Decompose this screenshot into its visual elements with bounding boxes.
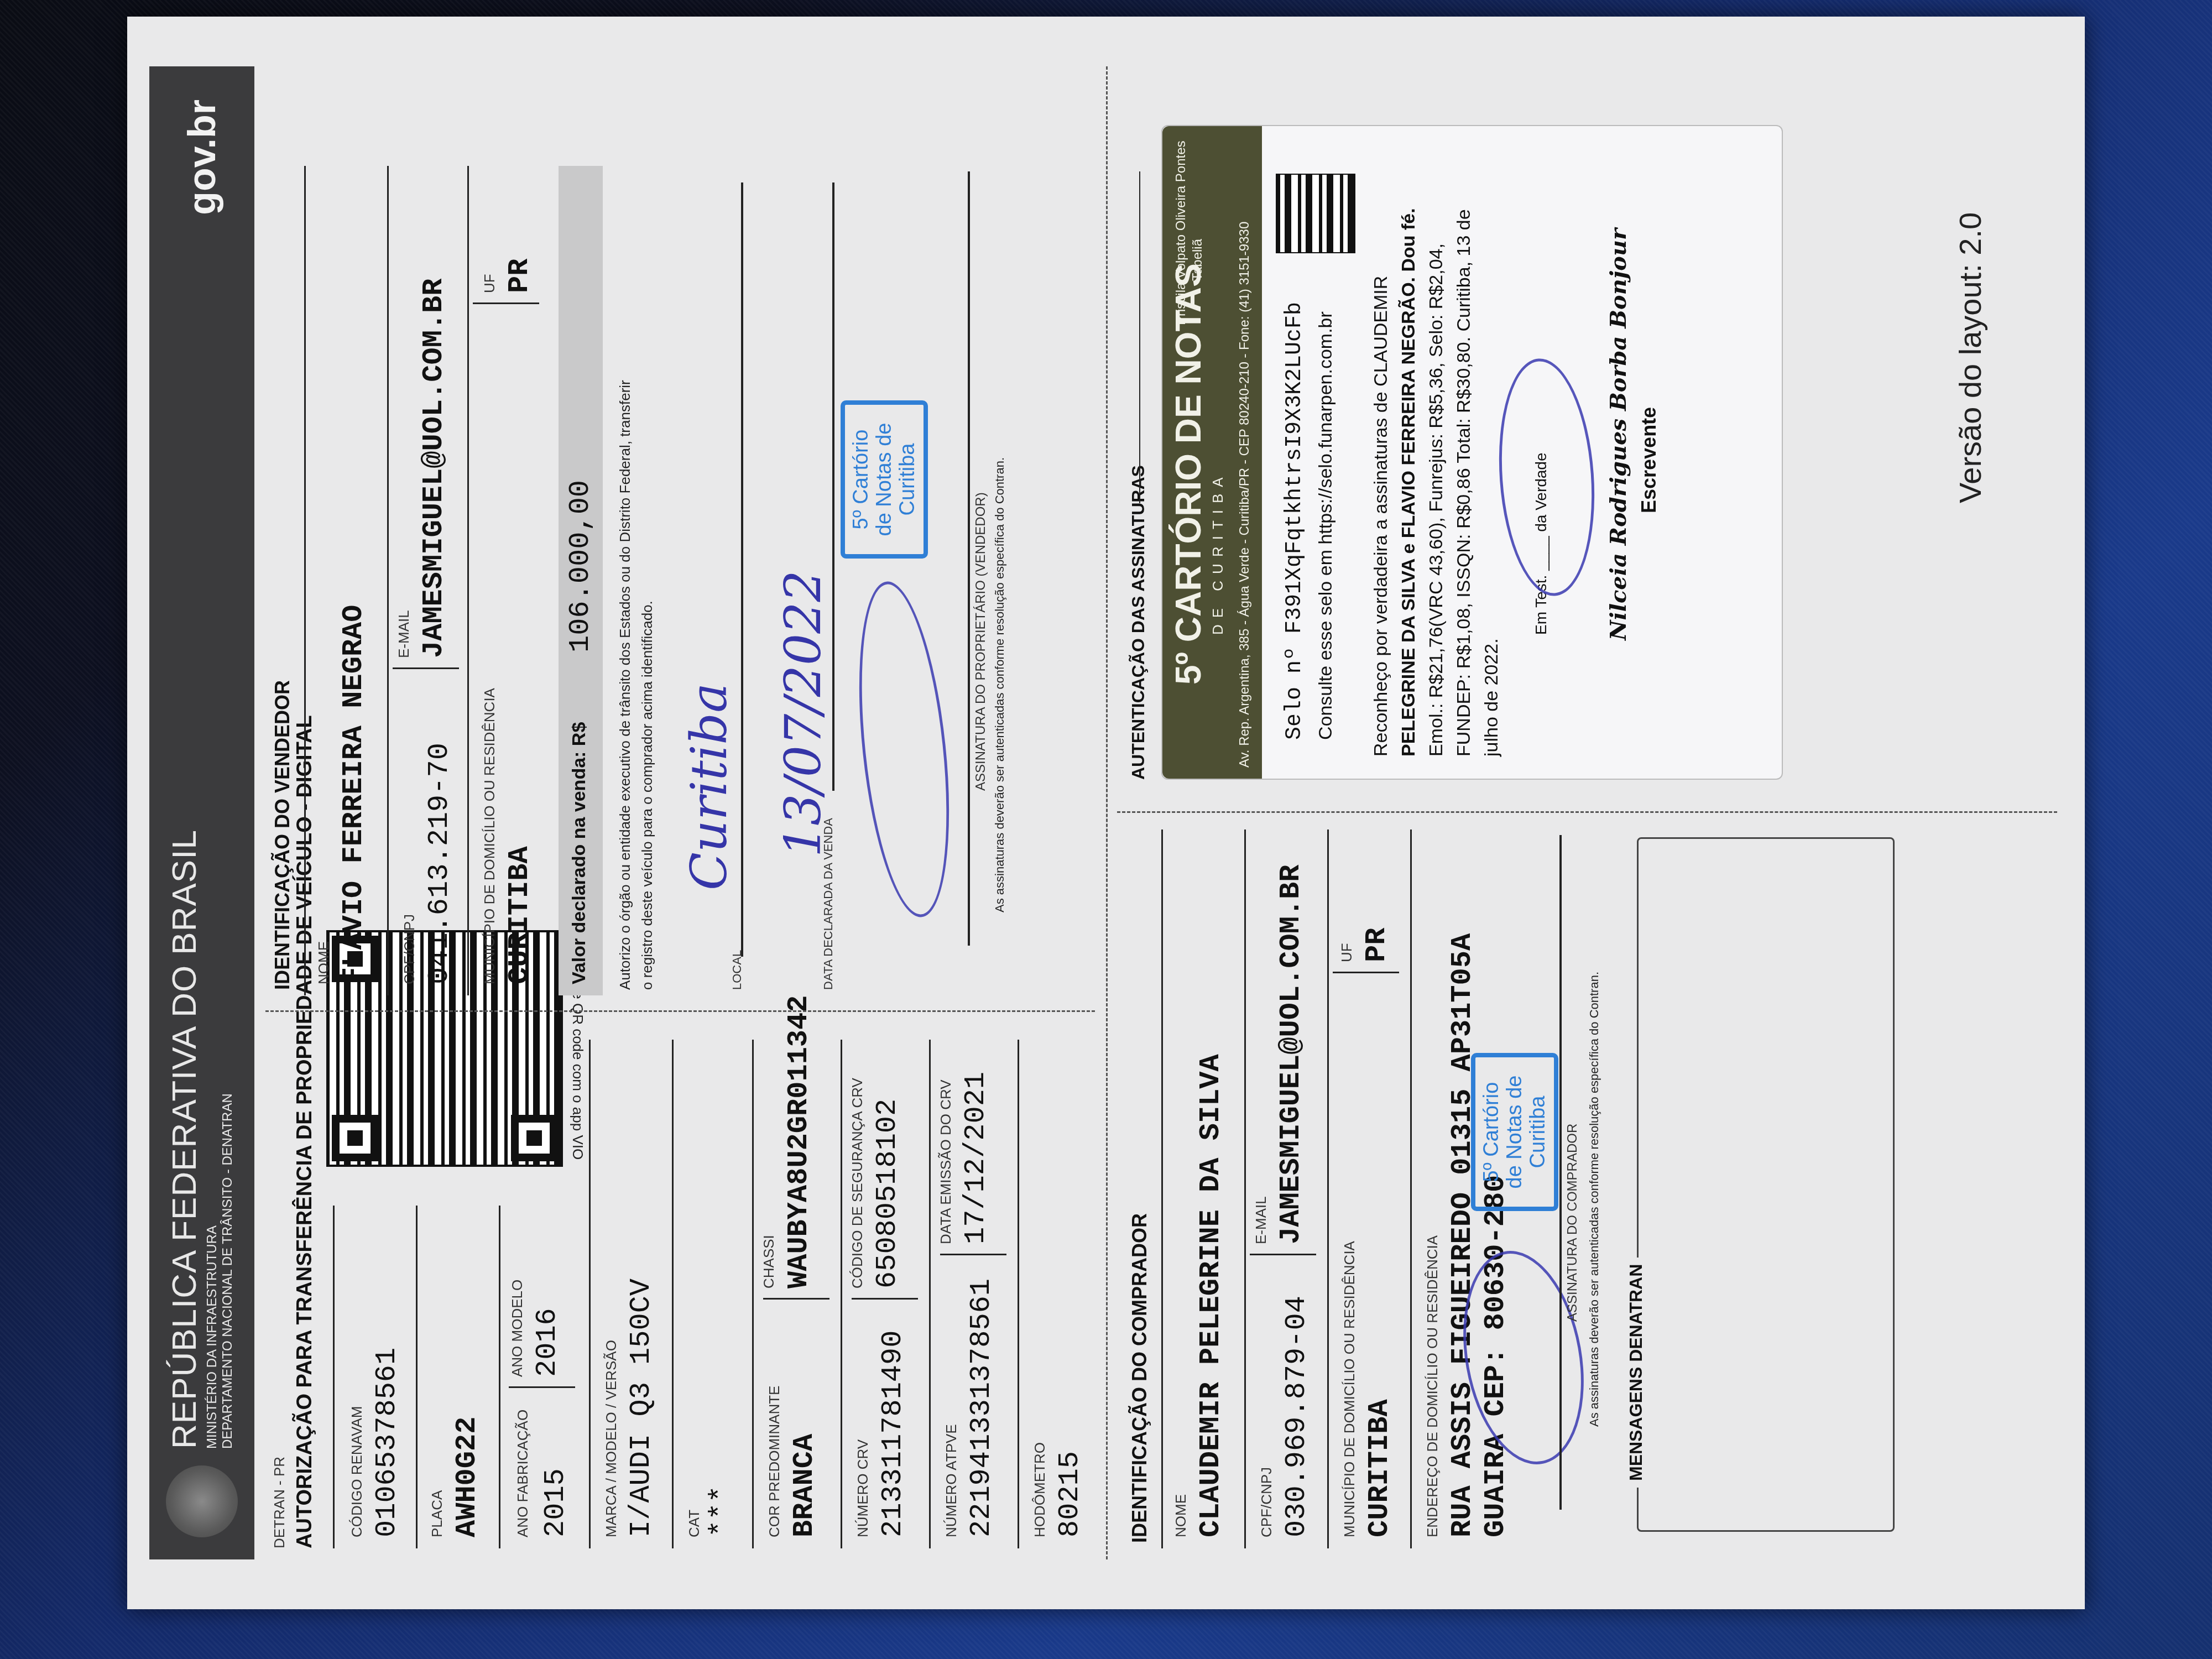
chassi-label: CHASSI — [760, 1235, 778, 1288]
buyer-email-value: JAMESMIGUEL@UOL.COM.BR — [1275, 864, 1307, 1244]
cat-value: *** — [705, 1485, 738, 1537]
tabeliao-name: Priscila Volpato Oliveira Pontes — [1173, 141, 1189, 326]
ano-modelo-value: 2016 — [531, 1308, 564, 1377]
tabeliao-role: Tabeliã — [1190, 239, 1206, 281]
marca-modelo-label: MARCA / MODELO / VERSÃO — [603, 1340, 620, 1537]
seller-nome-label: NOME — [315, 941, 332, 984]
govbr-logo: gov.br — [180, 100, 224, 215]
buyer-nome-label: NOME — [1172, 1494, 1190, 1537]
hodometro-label: HODÔMETRO — [1031, 1442, 1048, 1537]
ministry-name: MINISTÉRIO DA INFRAESTRUTURA — [205, 1225, 220, 1449]
codigo-seguranca-label: CÓDIGO DE SEGURANÇA CRV — [849, 1078, 866, 1288]
numero-atpve-label: NÚMERO ATPVe — [943, 1424, 960, 1537]
cor-value: BRANCA — [788, 1434, 821, 1537]
cartorio-city: DE CURITIBA — [1209, 471, 1227, 635]
buyer-uf-value: PR — [1360, 928, 1393, 962]
cartorio-name: 5º CARTÓRIO DE NOTAS — [1168, 263, 1209, 685]
cor-label: COR PREDOMINANTE — [766, 1386, 783, 1537]
cartorio-stamp-buyer: 5º Cartório de Notas de Curitiba — [1471, 1053, 1558, 1211]
renavam-label: CÓDIGO RENAVAM — [348, 1406, 366, 1537]
clerk-role: Escrevente — [1635, 407, 1663, 513]
seller-email-value: JAMESMIGUEL@UOL.COM.BR — [418, 278, 450, 658]
mensagens-heading: MENSAGENS DENATRAN — [1626, 1258, 1646, 1488]
buyer-email-label: E-MAIL — [1253, 1196, 1270, 1244]
data-venda-handwritten: 13/07/2022 — [774, 570, 832, 857]
buyer-nome-value: CLAUDEMIR PELEGRINE DA SILVA — [1194, 1054, 1227, 1537]
selo-number: Selo nº F391XqFqtkhtrsI9X3K2LUcFb — [1281, 302, 1309, 740]
auth-text-3: Emol.: R$21,76(VRC 43,60), Funrejus: R$5… — [1422, 243, 1450, 757]
placa-label: PLACA — [429, 1490, 446, 1537]
clerk-name: Nilceia Rodrigues Borba Bonjour — [1605, 228, 1632, 640]
document-page: REPÚBLICA FEDERATIVA DO BRASIL MINISTÉRI… — [127, 17, 2085, 1609]
hodometro-value: 80215 — [1053, 1451, 1086, 1537]
cartorio-stamp-seller: 5º Cartório de Notas de Curitiba — [841, 400, 928, 559]
cartorio-authentication-label: 5º CARTÓRIO DE NOTAS DE CURITIBA Av. Rep… — [1161, 125, 1783, 780]
seller-email-label: E-MAIL — [395, 610, 413, 658]
authorize-text-2: o registro deste veículo para o comprado… — [639, 601, 656, 990]
buyer-heading: IDENTIFICAÇÃO DO COMPRADOR — [1128, 1213, 1151, 1543]
republic-title: REPÚBLICA FEDERATIVA DO BRASIL — [165, 830, 204, 1449]
numero-atpve-value: 221941331378561 — [965, 1279, 998, 1537]
buyer-municipio-value: CURITIBA — [1363, 1399, 1396, 1537]
ano-fabricacao-label: ANO FABRICAÇÃO — [514, 1410, 531, 1537]
ano-modelo-label: ANO MODELO — [509, 1280, 526, 1377]
renavam-value: 01065378561 — [371, 1348, 403, 1537]
ano-fabricacao-value: 2015 — [539, 1468, 572, 1537]
selo-consulte: Consulte esse selo em https://selo.funar… — [1312, 311, 1339, 740]
mensagens-box — [1637, 837, 1895, 1532]
seller-heading: IDENTIFICAÇÃO DO VENDEDOR — [271, 680, 294, 990]
codigo-seguranca-value: 65080518102 — [871, 1099, 904, 1288]
selo-qr-code[interactable] — [1276, 174, 1355, 253]
cat-label: CAT — [686, 1510, 703, 1537]
authentication-heading: AUTENTICAÇÃO DAS ASSINATURAS — [1128, 465, 1149, 780]
buyer-signature-note: As assinaturas deverão ser autenticadas … — [1587, 972, 1601, 1427]
detran-label: DETRAN - PR — [271, 1457, 288, 1548]
valor-box: Valor declarado na venda: R$ 106.000,00 — [559, 166, 603, 995]
seller-cpf-value: 041.613.219-70 — [423, 743, 456, 984]
seller-signature-note: As assinaturas deverão ser autenticadas … — [993, 457, 1007, 912]
numero-crv-label: NÚMERO CRV — [854, 1439, 872, 1537]
buyer-endereco-line1: RUA ASSIS FIGUEIREDO 01315 AP31T05A — [1446, 933, 1479, 1537]
buyer-endereco-label: ENDEREÇO DE DOMICÍLIO OU RESIDÊNCIA — [1424, 1235, 1441, 1537]
auth-text-2: PELEGRINE DA SILVA e FLAVIO FERREIRA NEG… — [1395, 208, 1422, 757]
seller-signature — [846, 577, 963, 921]
seller-nome-value: FLAVIO FERREIRA NEGRAO — [337, 604, 370, 984]
clerk-signature — [1491, 356, 1602, 599]
data-emissao-label: DATA EMISSÃO DO CRV — [937, 1079, 954, 1244]
seller-municipio-value: CURITIBA — [503, 846, 536, 984]
buyer-uf-label: UF — [1338, 943, 1355, 962]
cartorio-header: 5º CARTÓRIO DE NOTAS DE CURITIBA Av. Rep… — [1162, 126, 1262, 779]
auth-text-5: julho de 2022. — [1478, 638, 1505, 757]
coat-of-arms-icon — [166, 1465, 238, 1537]
seller-signature-label: ASSINATURA DO PROPRIETÁRIO (VENDEDOR) — [973, 492, 989, 791]
numero-crv-value: 213311781490 — [877, 1331, 909, 1537]
cartorio-address: Av. Rep. Argentina, 385 - Água Verde - C… — [1237, 222, 1253, 768]
local-label: LOCAL — [730, 950, 744, 990]
local-handwritten: Curitiba — [680, 683, 738, 890]
marca-modelo-value: I/AUDI Q3 150CV — [625, 1279, 658, 1537]
valor-label: Valor declarado na venda: R$ — [568, 722, 590, 984]
buyer-municipio-label: MUNICÍPIO DE DOMICÍLIO OU RESIDÊNCIA — [1341, 1241, 1358, 1537]
layout-version: Versão do layout: 2.0 — [1952, 212, 1988, 503]
seller-uf-value: PR — [503, 259, 536, 293]
seller-municipio-label: MUNICÍPIO DE DOMICÍLIO OU RESIDÊNCIA — [481, 688, 498, 984]
seller-cpf-label: CPF/CNPJ — [401, 914, 418, 984]
auth-text-4: FUNDEP: R$1,08, ISSQN: R$0,86 Total: R$3… — [1450, 209, 1478, 757]
seller-uf-label: UF — [481, 274, 498, 293]
chassi-value: WAUBYA8U2GR011342 — [782, 995, 815, 1289]
placa-value: AWH0G22 — [451, 1417, 483, 1537]
data-venda-label: DATA DECLARADA DA VENDA — [821, 818, 836, 990]
buyer-cpf-label: CPF/CNPJ — [1258, 1467, 1275, 1537]
buyer-signature-label: ASSINATURA DO COMPRADOR — [1565, 1124, 1580, 1322]
data-emissao-value: 17/12/2021 — [959, 1072, 992, 1244]
authorize-text-1: Autorizo o órgão ou entidade executivo d… — [617, 380, 634, 990]
department-name: DEPARTAMENTO NACIONAL DE TRÂNSITO - DENA… — [220, 1093, 236, 1449]
header-banner: REPÚBLICA FEDERATIVA DO BRASIL MINISTÉRI… — [149, 66, 254, 1559]
buyer-cpf-value: 030.969.879-04 — [1280, 1296, 1313, 1537]
auth-text-1: Reconheço por verdadeira a assinaturas d… — [1367, 276, 1395, 757]
valor-value: 106.000,00 — [564, 480, 597, 653]
